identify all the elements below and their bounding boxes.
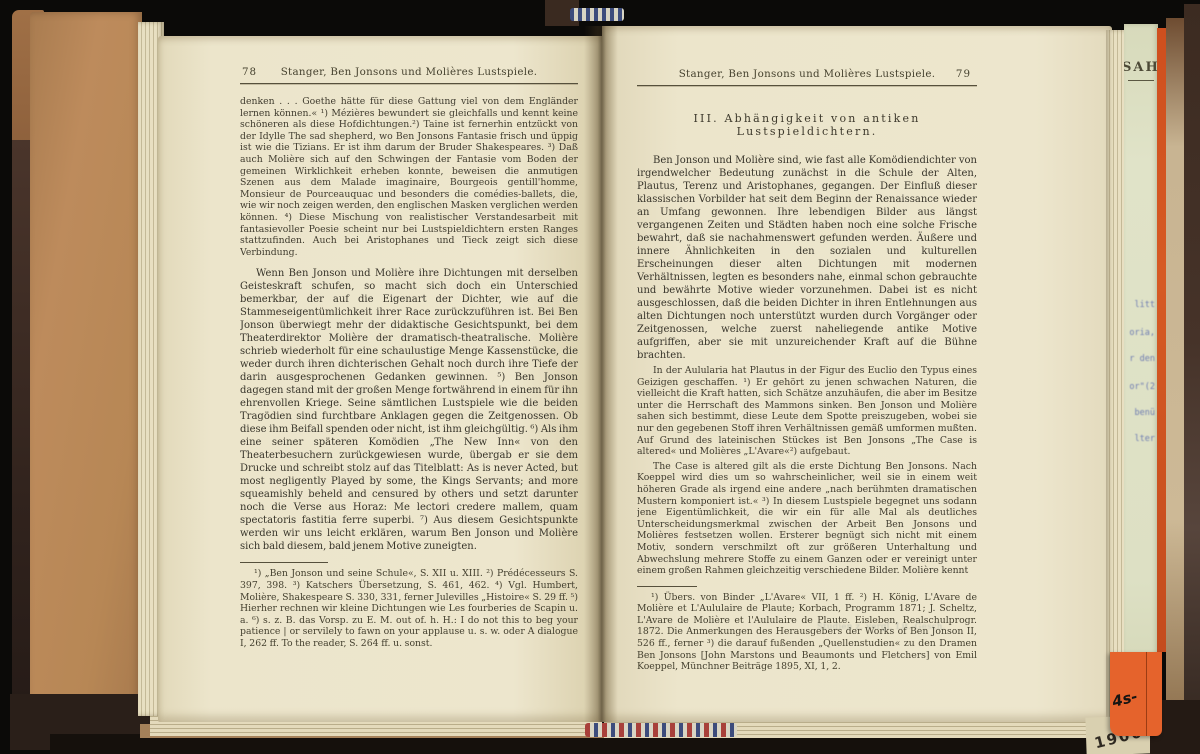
orange-sticker: 4s- [1110,652,1162,736]
right-page: Stanger, Ben Jonsons und Molières Lustsp… [602,26,1112,722]
header-rule [637,85,977,86]
body-paragraph: In der Aulularia hat Plautus in der Figu… [637,365,977,458]
tan-flyleaf [30,12,142,704]
right-page-header: Stanger, Ben Jonsons und Molières Lustsp… [637,68,977,82]
running-header: Stanger, Ben Jonsons und Molières Lustsp… [240,66,578,78]
typed-text-fragment: litt [1135,300,1155,310]
left-text-column: 78 Stanger, Ben Jonsons und Molières Lus… [240,66,578,718]
footnotes: ¹) Übers. von Binder „L'Avare« VII, 1 ff… [637,592,977,673]
right-edge-paper [1166,18,1186,734]
handwritten-note: 4s- [1110,687,1139,711]
section-heading: III. Abhängigkeit von antiken Lustspield… [637,112,977,138]
left-page-header: 78 Stanger, Ben Jonsons und Molières Lus… [240,66,578,80]
footnote-separator [240,562,328,563]
header-rule [240,83,578,84]
typed-text-fragment: benü [1135,408,1155,418]
body-paragraph: denken . . . Goethe hätte für diese Gatt… [240,96,578,258]
sticker-rule-line [1146,652,1147,736]
typed-text-fragment: oria, [1129,328,1155,338]
page-number: 79 [956,68,971,80]
showthrough-text: Studien z. vergl. Lit.-Gesch. [817,622,997,632]
footnote-separator [637,586,697,587]
typed-text-fragment: or"(2 [1129,382,1155,392]
body-paragraph: Ben Jonson und Molière sind, wie fast al… [637,154,977,362]
typed-text-fragment: lter [1135,434,1155,444]
top-headband [570,8,624,21]
left-page: 78 Stanger, Ben Jonsons und Molières Lus… [158,36,602,722]
inserted-sheet: SAH litt oria, r den or"(2 benü lter [1124,24,1158,718]
body-paragraph: The Case is altered gilt als die erste D… [637,461,977,577]
running-header: Stanger, Ben Jonsons und Molières Lustsp… [637,68,977,80]
body-paragraph: Wenn Ben Jonson und Molière ihre Dichtun… [240,267,578,553]
right-text-column: Stanger, Ben Jonsons und Molières Lustsp… [637,68,977,732]
inserted-sheet-label-rule [1128,80,1154,81]
typed-text-fragment: r den [1129,354,1155,364]
right-cover-edge [1184,4,1200,754]
inserted-sheet-label: SAH [1124,60,1158,75]
footnotes: ¹) „Ben Jonson und seine Schule«, S. XII… [240,568,578,649]
